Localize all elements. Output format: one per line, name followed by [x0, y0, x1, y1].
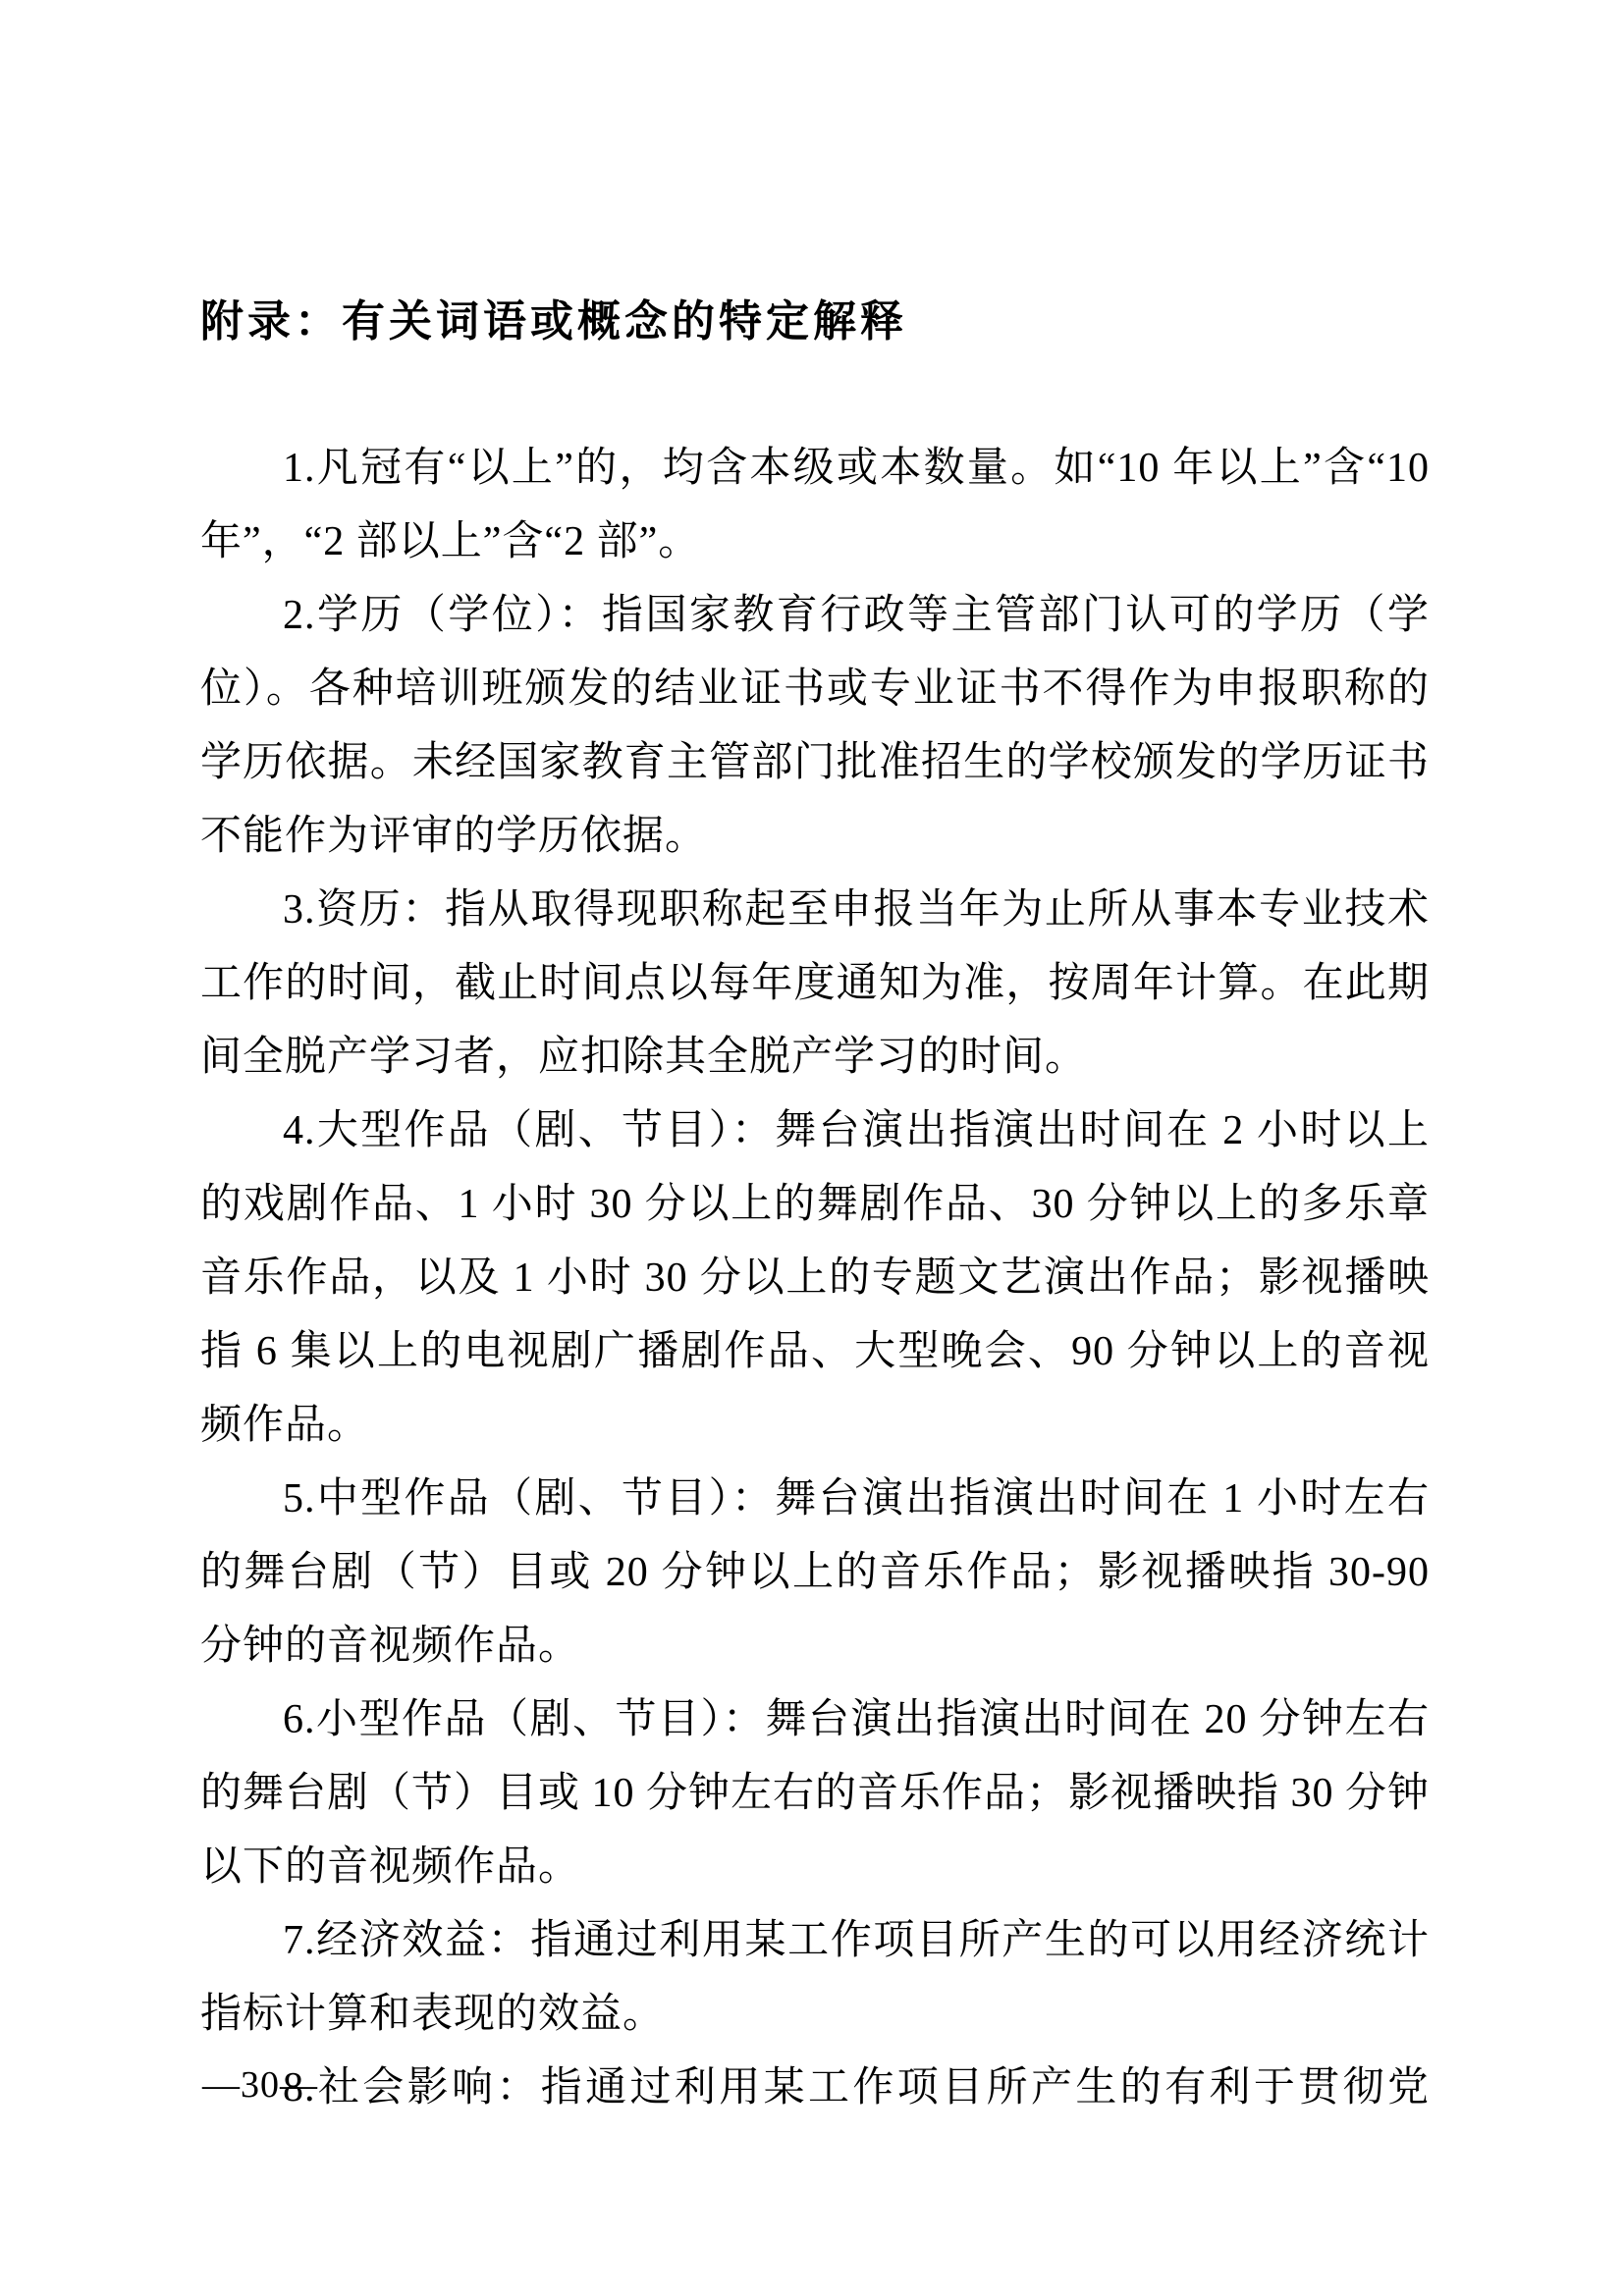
paragraph-7: 7.经济效益：指通过利用某工作项目所产生的可以用经济统计指标计算和表现的效益。	[200, 1904, 1430, 2052]
paragraph-1: 1.凡冠有“以上”的，均含本级或本数量。如“10 年以上”含“10 年”，“2 …	[200, 432, 1430, 579]
paragraph-4: 4.大型作品（剧、节目）：舞台演出指演出时间在 2 小时以上的戏剧作品、1 小时…	[200, 1095, 1430, 1463]
paragraph-6: 6.小型作品（剧、节目）：舞台演出指演出时间在 20 分钟左右的舞台剧（节）目或…	[200, 1683, 1430, 1904]
document-page: 附录：有关词语或概念的特定解释 1.凡冠有“以上”的，均含本级或本数量。如“10…	[0, 0, 1624, 2296]
paragraph-2: 2.学历（学位）：指国家教育行政等主管部门认可的学历（学位）。各种培训班颁发的结…	[200, 579, 1430, 874]
page-title: 附录：有关词语或概念的特定解释	[200, 296, 907, 348]
page-number: —30—	[202, 2063, 318, 2109]
paragraph-8: 8.社会影响：指通过利用某工作项目所产生的有利于贯彻党	[200, 2052, 1430, 2125]
document-body: 1.凡冠有“以上”的，均含本级或本数量。如“10 年以上”含“10 年”，“2 …	[200, 432, 1430, 2125]
paragraph-5: 5.中型作品（剧、节目）：舞台演出指演出时间在 1 小时左右的舞台剧（节）目或 …	[200, 1463, 1430, 1683]
paragraph-3: 3.资历：指从取得现职称起至申报当年为止所从事本专业技术工作的时间，截止时间点以…	[200, 874, 1430, 1095]
